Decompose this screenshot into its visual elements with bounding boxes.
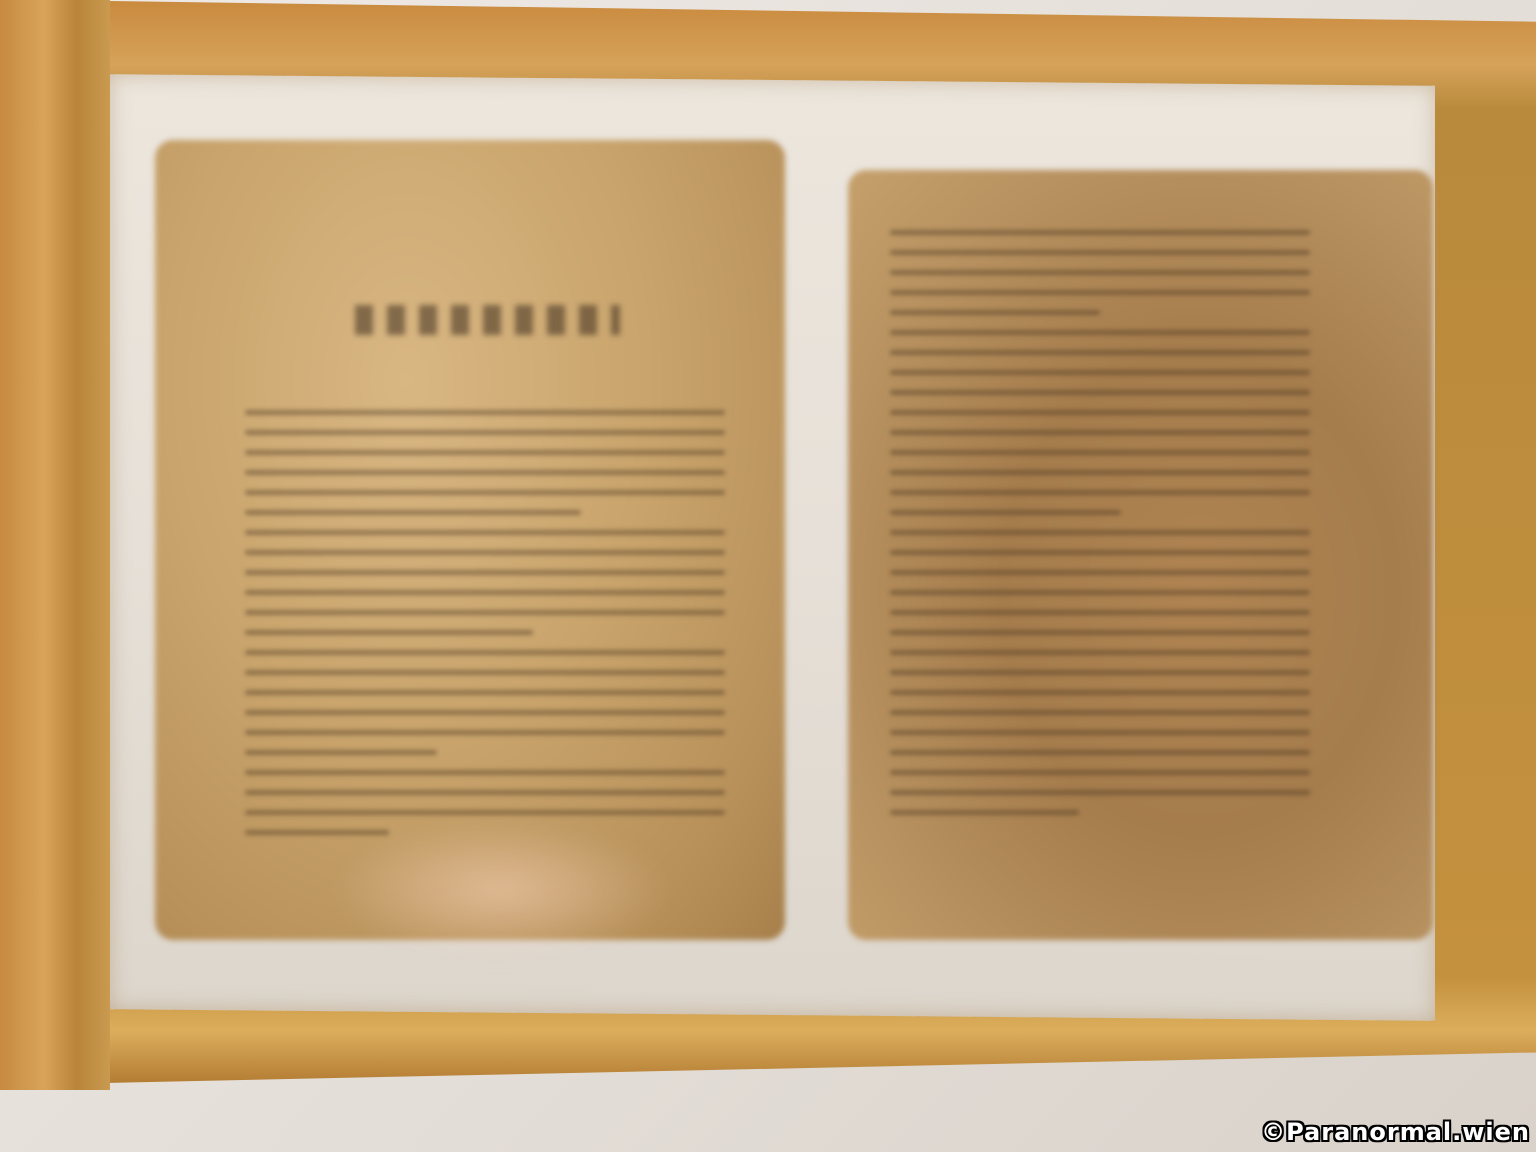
glass-reflection (330, 820, 670, 960)
left-page-title-illegible (355, 305, 620, 335)
left-page-text-block (245, 410, 725, 850)
picture-frame-left-edge (0, 0, 110, 1090)
right-page-text-block (890, 230, 1310, 830)
watermark: ©Paranormal.wien (1261, 1118, 1530, 1146)
